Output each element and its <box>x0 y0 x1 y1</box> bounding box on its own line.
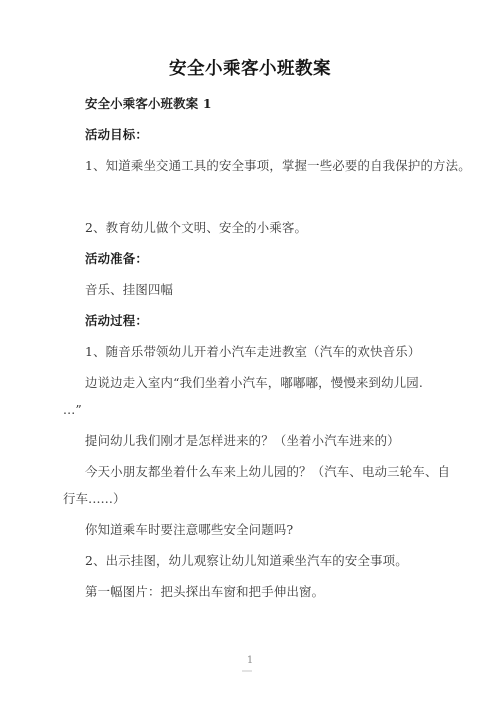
page-footer: 1 <box>0 648 500 667</box>
paragraph-preparation-items: 音乐、挂图四幅 <box>63 276 453 303</box>
paragraph-picture-1: 第一幅图片：把头探出车窗和把手伸出窗。 <box>63 578 453 605</box>
paragraph-goal-2: 2、教育幼儿做个文明、安全的小乘客。 <box>63 214 453 241</box>
document-body: 安全小乘客小班教案 1 活动目标： 1、知道乘坐交通工具的安全事项，掌握一些必要… <box>63 90 453 609</box>
footer-mark <box>242 670 252 672</box>
paragraph-section-preparation: 活动准备： <box>63 245 453 272</box>
paragraph-process-step-1: 1、随音乐带领幼儿开着小汽车走进教室（汽车的欢快音乐） <box>63 338 453 365</box>
document-title: 安全小乘客小班教案 <box>0 57 500 82</box>
paragraph-question-2: 今天小朋友都坐着什么车来上幼儿园的？（汽车、电动三轮车、自 行车......） <box>63 458 453 512</box>
paragraph-heading-1: 安全小乘客小班教案 1 <box>63 90 453 117</box>
paragraph-question-1: 提问幼儿我们刚才是怎样进来的？（坐着小汽车进来的） <box>63 427 453 454</box>
paragraph-process-step-2: 2、出示挂图，幼儿观察让幼儿知道乘坐汽车的安全事项。 <box>63 547 453 574</box>
paragraph-goal-1: 1、知道乘坐交通工具的安全事项，掌握一些必要的自我保护的方法。 <box>63 152 453 179</box>
paragraph-process-quote: 边说边走入室内“我们坐着小汽车，嘟嘟嘟，慢慢来到幼儿园. ...” <box>63 369 453 423</box>
paragraph-section-goals: 活动目标： <box>63 121 453 148</box>
document-page: 安全小乘客小班教案 安全小乘客小班教案 1 活动目标： 1、知道乘坐交通工具的安… <box>0 0 500 708</box>
paragraph-question-3: 你知道乘车时要注意哪些安全问题吗? <box>63 516 453 543</box>
paragraph-section-process: 活动过程： <box>63 307 453 334</box>
paragraph-blank <box>63 183 453 210</box>
page-number: 1 <box>247 655 253 666</box>
